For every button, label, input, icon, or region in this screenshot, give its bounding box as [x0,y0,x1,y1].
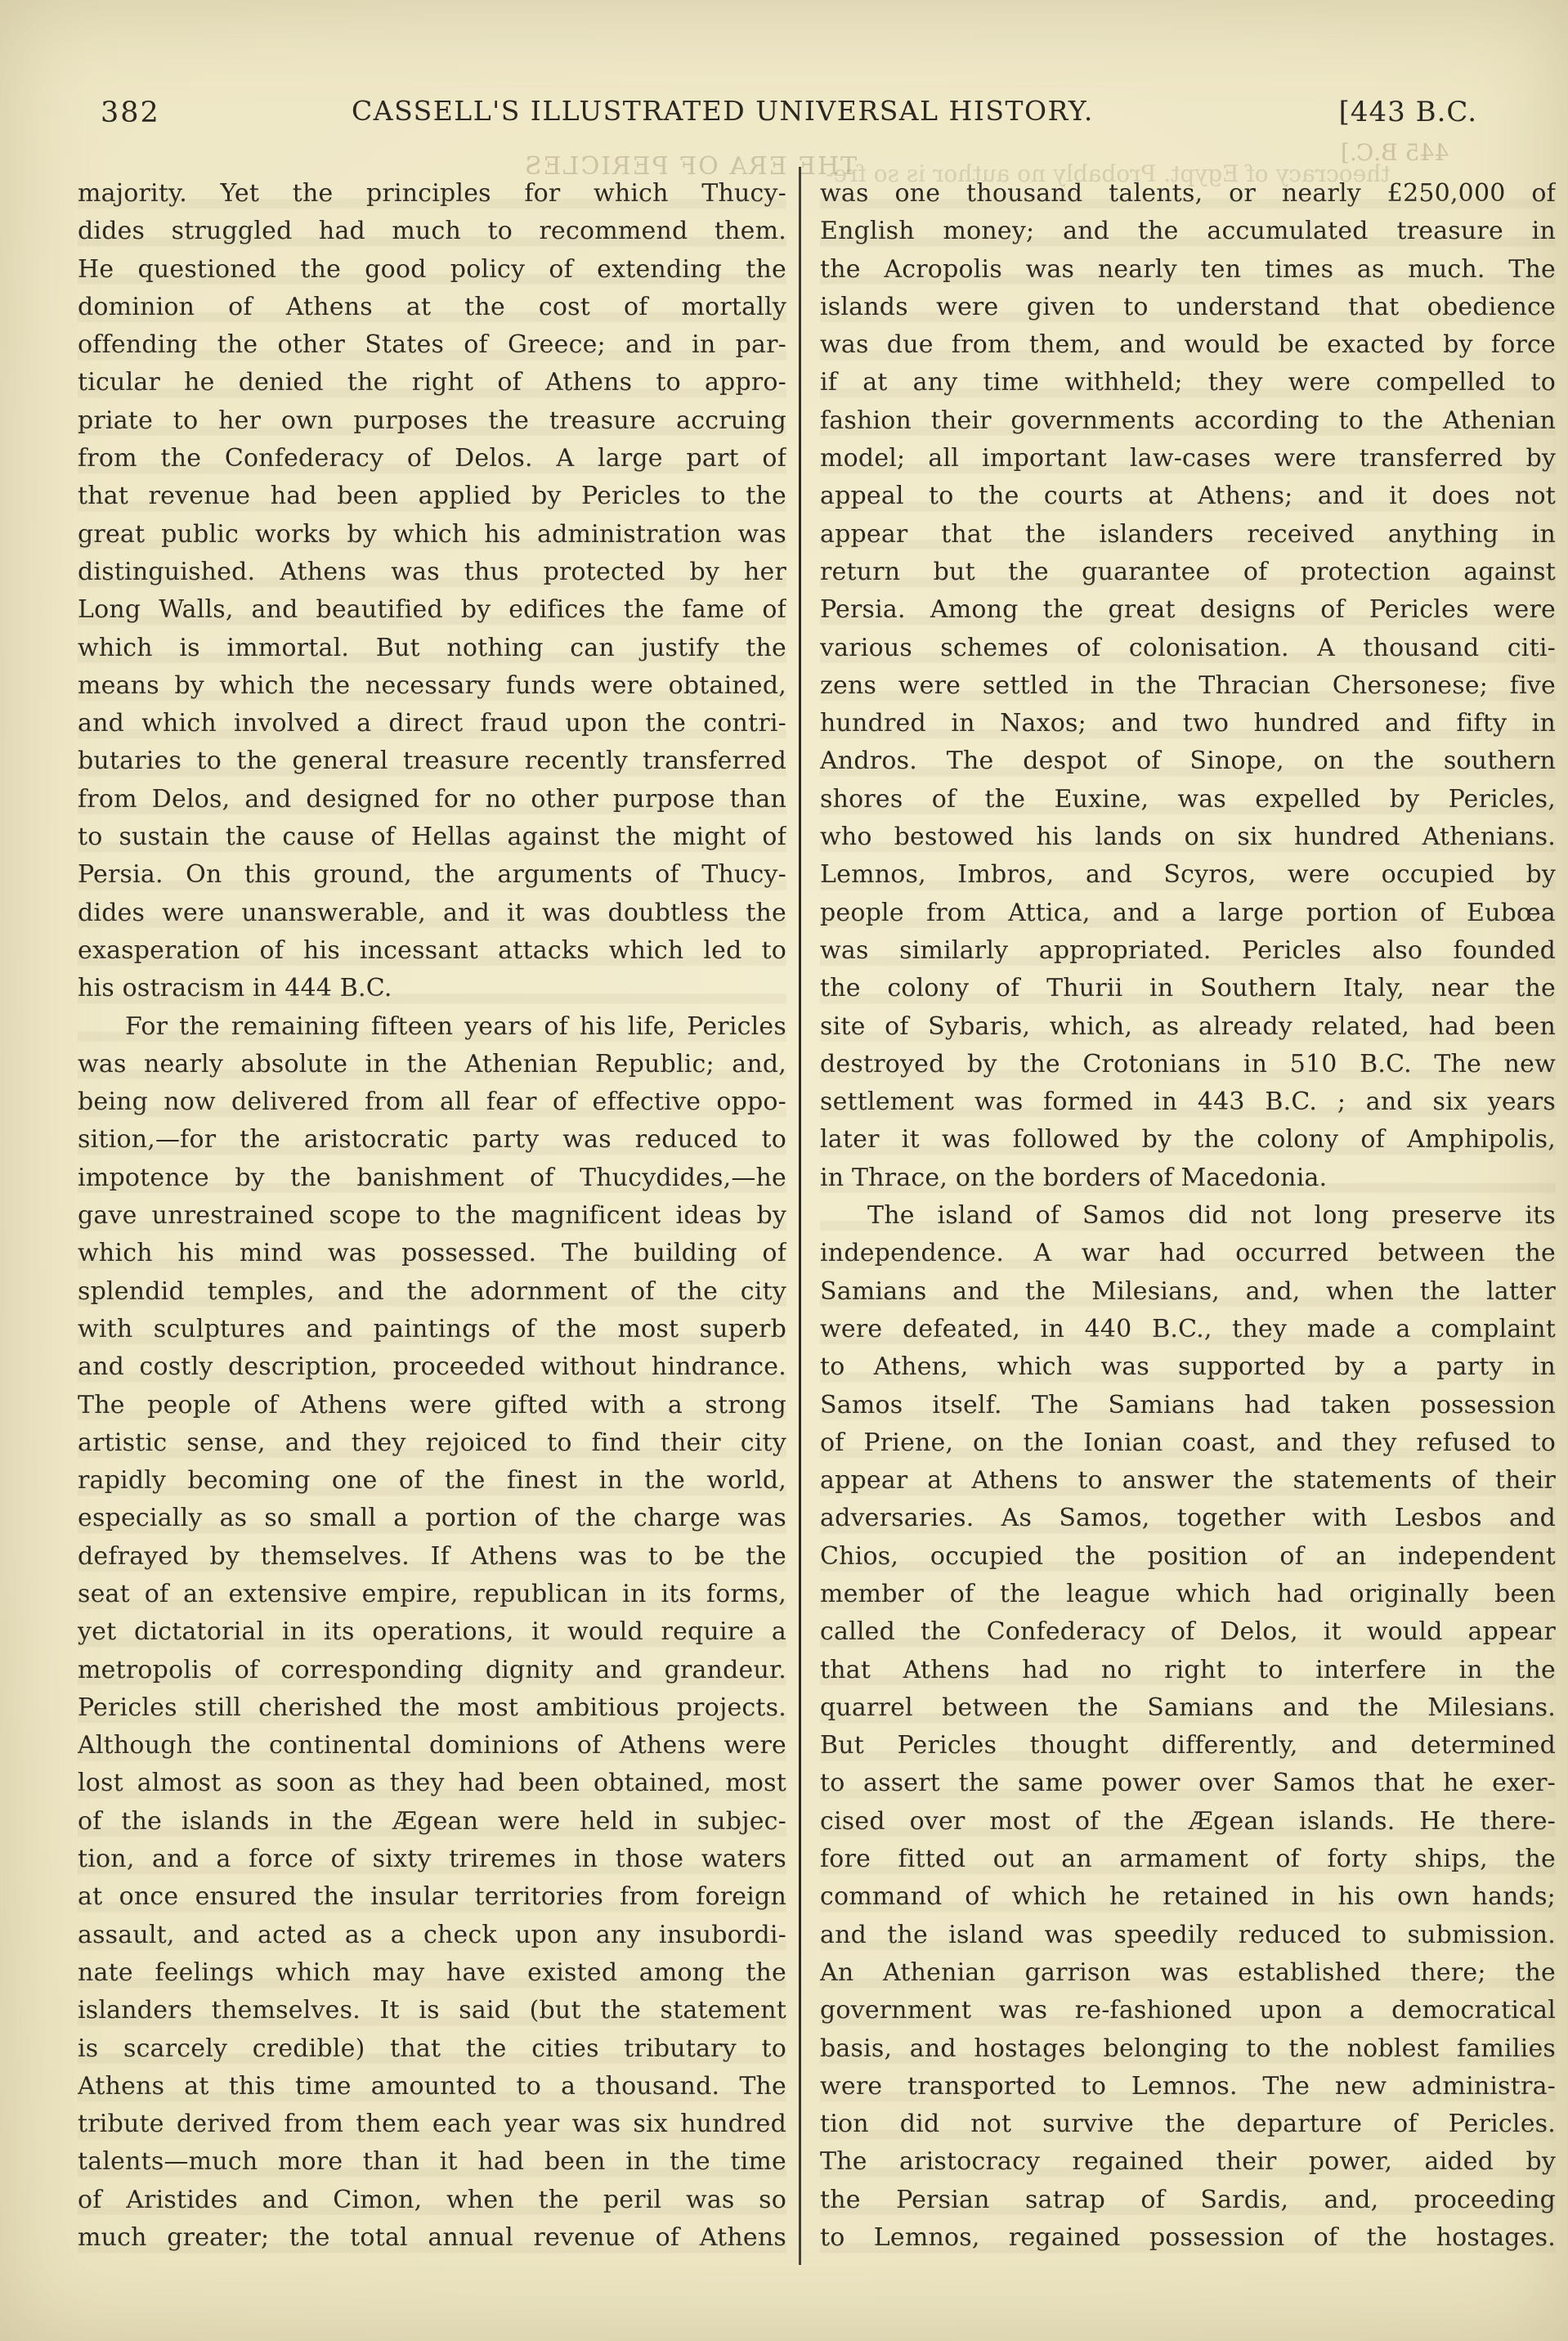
text-line: with sculptures and paintings of the mos… [78,1311,786,1348]
text-line: tribute derived from them each year was … [78,2106,786,2143]
text-line: being now delivered from all fear of eff… [78,1083,786,1121]
text-line: The aristocracy regained their power, ai… [820,2143,1556,2181]
text-line: The people of Athens were gifted with a … [78,1387,786,1424]
text-line: nate feelings which may have existed amo… [78,1954,786,1992]
text-line: to sustain the cause of Hellas against t… [78,818,786,856]
text-line: An Athenian garrison was established the… [820,1954,1556,1992]
text-line: and costly description, proceeded withou… [78,1348,786,1386]
text-line: appeal to the courts at Athens; and it d… [820,478,1556,515]
text-line: For the remaining fifteen years of his l… [78,1008,786,1046]
text-line: the colony of Thurii in Southern Italy, … [820,970,1556,1007]
text-line: Pericles still cherished the most ambiti… [78,1689,786,1727]
text-line: splendid temples, and the adornment of t… [78,1273,786,1311]
text-line: quarrel between the Samians and the Mile… [820,1689,1556,1727]
text-line: great public works by which his administ… [78,516,786,554]
text-line: But Pericles thought differently, and de… [820,1727,1556,1765]
text-line: impotence by the banishment of Thucydide… [78,1159,786,1197]
text-line: was similarly appropriated. Pericles als… [820,932,1556,970]
text-line: islands were given to understand that ob… [820,289,1556,326]
text-line: later it was followed by the colony of A… [820,1121,1556,1159]
text-line: English money; and the accumulated treas… [820,213,1556,250]
text-line: from the Confederacy of Delos. A large p… [78,440,786,478]
text-line: Athens at this time amounted to a thousa… [78,2068,786,2106]
text-line: tion did not survive the departure of Pe… [820,2106,1556,2143]
text-line: his ostracism in 444 B.C. [78,970,786,1007]
text-line: the Acropolis was nearly ten times as mu… [820,251,1556,289]
text-line: He questioned the good policy of extendi… [78,251,786,289]
text-line: seat of an extensive empire, republican … [78,1576,786,1613]
text-line: were defeated, in 440 B.C., they made a … [820,1311,1556,1348]
text-line: of Priene, on the Ionian coast, and they… [820,1424,1556,1462]
text-line: if at any time withheld; they were compe… [820,364,1556,401]
text-line: ticular he denied the right of Athens to… [78,364,786,401]
text-line: settlement was formed in 443 B.C. ; and … [820,1083,1556,1121]
text-line: hundred in Naxos; and two hundred and fi… [820,705,1556,742]
text-line: from Delos, and designed for no other pu… [78,781,786,818]
text-line: zens were settled in the Thracian Cherso… [820,667,1556,705]
page-title: CASSELL'S ILLUSTRATED UNIVERSAL HISTORY. [352,95,1046,127]
text-line: various schemes of colonisation. A thous… [820,630,1556,667]
text-line: appear that the islanders received anyth… [820,516,1556,554]
text-line: dominion of Athens at the cost of mortal… [78,289,786,326]
text-line: majority. Yet the principles for which T… [78,175,786,213]
text-line: fashion their governments according to t… [820,402,1556,440]
text-line: much greater; the total annual revenue o… [78,2219,786,2257]
text-line: cised over most of the Ægean islands. He… [820,1803,1556,1841]
text-line: appear at Athens to answer the statement… [820,1462,1556,1500]
text-line: was nearly absolute in the Athenian Repu… [78,1046,786,1083]
text-line: independence. A war had occurred between… [820,1235,1556,1272]
text-line: who bestowed his lands on six hundred At… [820,818,1556,856]
text-line: priate to her own purposes the treasure … [78,402,786,440]
text-line: were transported to Lemnos. The new admi… [820,2068,1556,2106]
text-line: government was re-fashioned upon a democ… [820,1992,1556,2029]
text-line: gave unrestrained scope to the magnifice… [78,1197,786,1235]
text-line: destroyed by the Crotonians in 510 B.C. … [820,1046,1556,1083]
text-line: called the Confederacy of Delos, it woul… [820,1613,1556,1651]
text-column-left: majority. Yet the principles for which T… [78,175,786,2257]
text-line: member of the league which had originall… [820,1576,1556,1613]
text-line: means by which the necessary funds were … [78,667,786,705]
text-line: Long Walls, and beautified by edifices t… [78,591,786,629]
text-line: Andros. The despot of Sinope, on the sou… [820,742,1556,780]
page-number: 382 [101,96,160,129]
text-line: at once ensured the insular territories … [78,1878,786,1916]
text-line: artistic sense, and they rejoiced to fin… [78,1424,786,1462]
text-line: talents—much more than it had been in th… [78,2143,786,2181]
text-line: exasperation of his incessant attacks wh… [78,932,786,970]
text-line: The island of Samos did not long preserv… [820,1197,1556,1235]
text-line: assault, and acted as a check upon any i… [78,1917,786,1954]
text-line: return but the guarantee of protection a… [820,554,1556,591]
header-date-marker: [443 B.C. [1339,96,1477,128]
text-line: that Athens had no right to interfere in… [820,1652,1556,1689]
text-line: offending the other States of Greece; an… [78,326,786,364]
text-line: to assert the same power over Samos that… [820,1765,1556,1802]
text-line: defrayed by themselves. If Athens was to… [78,1538,786,1576]
text-line: islanders themselves. It is said (but th… [78,1992,786,2029]
text-line: distinguished. Athens was thus protected… [78,554,786,591]
text-line: dides were unanswerable, and it was doub… [78,895,786,932]
text-line: and the island was speedily reduced to s… [820,1917,1556,1954]
text-line: which his mind was possessed. The buildi… [78,1235,786,1272]
text-line: is scarcely credible) that the cities tr… [78,2030,786,2068]
text-line: that revenue had been applied by Pericle… [78,478,786,515]
text-line: was due from them, and would be exacted … [820,326,1556,364]
text-line: adversaries. As Samos, together with Les… [820,1500,1556,1537]
text-line: was one thousand talents, or nearly £250… [820,175,1556,213]
text-line: especially as so small a portion of the … [78,1500,786,1537]
text-line: sition,—for the aristocratic party was r… [78,1121,786,1159]
text-line: to Lemnos, regained possession of the ho… [820,2219,1556,2257]
text-line: Although the continental dominions of At… [78,1727,786,1765]
text-line: rapidly becoming one of the finest in th… [78,1462,786,1500]
text-line: Lemnos, Imbros, and Scyros, were occupie… [820,856,1556,894]
text-line: Persia. On this ground, the arguments of… [78,856,786,894]
column-divider [799,167,801,2265]
text-line: the Persian satrap of Sardis, and, proce… [820,2182,1556,2219]
text-line: butaries to the general treasure recentl… [78,742,786,780]
text-line: people from Attica, and a large portion … [820,895,1556,932]
text-column-right: was one thousand talents, or nearly £250… [820,175,1556,2257]
text-line: Chios, occupied the position of an indep… [820,1538,1556,1576]
text-line: site of Sybaris, which, as already relat… [820,1008,1556,1046]
text-line: yet dictatorial in its operations, it wo… [78,1613,786,1651]
text-line: in Thrace, on the borders of Macedonia. [820,1159,1556,1197]
text-line: model; all important law-cases were tran… [820,440,1556,478]
text-line: metropolis of corresponding dignity and … [78,1652,786,1689]
text-line: command of which he retained in his own … [820,1878,1556,1916]
text-line: and which involved a direct fraud upon t… [78,705,786,742]
text-line: of Aristides and Cimon, when the peril w… [78,2182,786,2219]
text-line: dides struggled had much to recommend th… [78,213,786,250]
text-line: fore fitted out an armament of forty shi… [820,1841,1556,1878]
text-line: of the islands in the Ægean were held in… [78,1803,786,1841]
text-line: tion, and a force of sixty triremes in t… [78,1841,786,1878]
running-head: THE ERA OF PERICLES 445 B.C.] 382 CASSEL… [0,92,1568,141]
book-page: THE ERA OF PERICLES 445 B.C.] 382 CASSEL… [0,0,1568,2341]
bleedthrough-corner-marker: 445 B.C.] [1341,139,1449,166]
text-line: Samos itself. The Samians had taken poss… [820,1387,1556,1424]
text-line: basis, and hostages belonging to the nob… [820,2030,1556,2068]
text-line: to Athens, which was supported by a part… [820,1348,1556,1386]
text-line: lost almost as soon as they had been obt… [78,1765,786,1802]
text-line: which is immortal. But nothing can justi… [78,630,786,667]
text-line: shores of the Euxine, was expelled by Pe… [820,781,1556,818]
text-line: Samians and the Milesians, and, when the… [820,1273,1556,1311]
text-line: Persia. Among the great designs of Peric… [820,591,1556,629]
